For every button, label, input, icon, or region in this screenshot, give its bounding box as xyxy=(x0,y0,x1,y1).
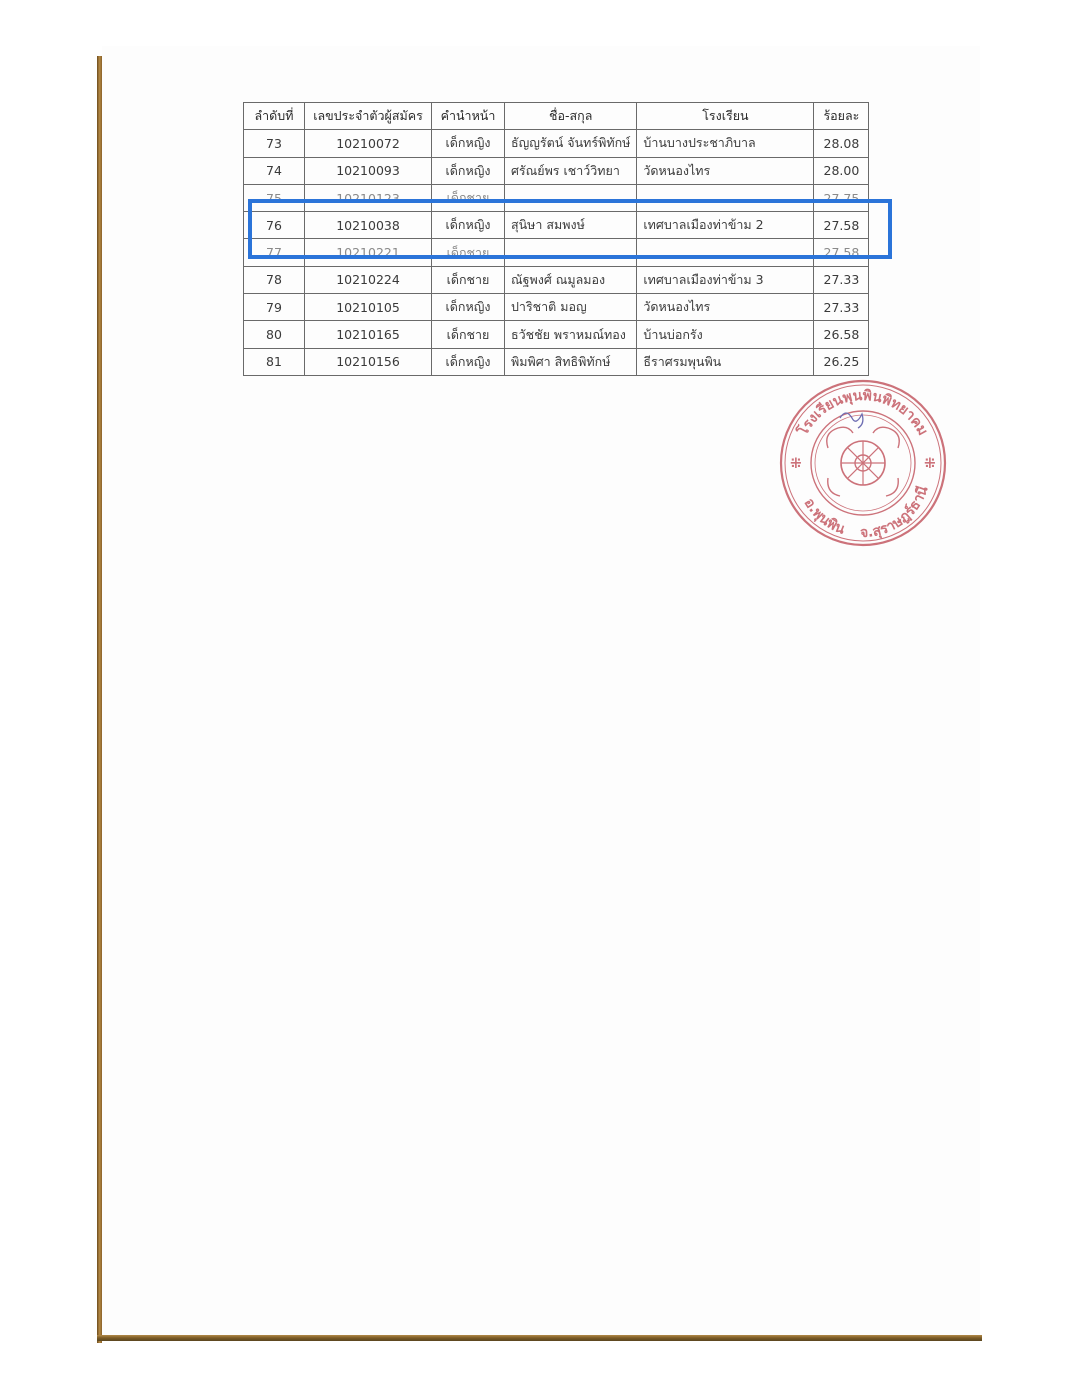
table-row: 80 10210165 เด็กชาย ธวัชชัย พราหมณ์ทอง บ… xyxy=(244,321,869,348)
seal-ornament-left: ⁜ xyxy=(790,456,802,472)
cell-prefix: เด็กชาย xyxy=(432,321,505,348)
cell-name: ธวัชชัย พราหมณ์ทอง xyxy=(505,321,637,348)
cell-applicant-id: 10210123 xyxy=(305,184,432,211)
cell-school: บ้านบ่อกรัง xyxy=(637,321,814,348)
cell-order: 75 xyxy=(244,184,305,211)
cell-order: 81 xyxy=(244,348,305,375)
results-table: ลำดับที่ เลขประจำตัวผู้สมัคร คำนำหน้า ชื… xyxy=(243,102,869,376)
table-row: 78 10210224 เด็กชาย ณัฐพงศ์ ณมูลมอง เทศบ… xyxy=(244,266,869,293)
table-header-row: ลำดับที่ เลขประจำตัวผู้สมัคร คำนำหน้า ชื… xyxy=(244,103,869,130)
cell-order: 77 xyxy=(244,239,305,266)
cell-order: 80 xyxy=(244,321,305,348)
cell-prefix: เด็กหญิง xyxy=(432,130,505,157)
cell-applicant-id: 10210093 xyxy=(305,157,432,184)
cell-percent: 27.75 xyxy=(814,184,869,211)
cell-prefix: เด็กหญิง xyxy=(432,212,505,239)
cell-order: 79 xyxy=(244,294,305,321)
seal-ornament-right: ⁜ xyxy=(924,456,936,472)
seal-bottom-text-province: จ.สุราษฎร์ธานี xyxy=(860,484,932,541)
cell-school: บ้านบางประชาภิบาล xyxy=(637,130,814,157)
header-percent: ร้อยละ xyxy=(814,103,869,130)
header-prefix: คำนำหน้า xyxy=(432,103,505,130)
cell-percent: 26.58 xyxy=(814,321,869,348)
table-row-highlighted: 76 10210038 เด็กหญิง สุนิษา สมพงษ์ เทศบา… xyxy=(244,212,869,239)
cell-percent: 27.33 xyxy=(814,266,869,293)
cell-name: พิมพิศา สิทธิพิทักษ์ xyxy=(505,348,637,375)
cell-prefix: เด็กหญิง xyxy=(432,294,505,321)
cell-percent: 26.25 xyxy=(814,348,869,375)
cell-school: เทศบาลเมืองท่าข้าม 3 xyxy=(637,266,814,293)
header-order: ลำดับที่ xyxy=(244,103,305,130)
table-row: 75 10210123 เด็กชาย 27.75 xyxy=(244,184,869,211)
cell-percent: 27.58 xyxy=(814,239,869,266)
cell-name xyxy=(505,239,637,266)
table-row: 79 10210105 เด็กหญิง ปาริชาติ มอญ วัดหนอ… xyxy=(244,294,869,321)
cell-name: ศรัณย์พร เชาว์วิทยา xyxy=(505,157,637,184)
cell-applicant-id: 10210038 xyxy=(305,212,432,239)
table-row: 73 10210072 เด็กหญิง ธัญญรัตน์ จันทร์พิท… xyxy=(244,130,869,157)
cell-school: วัดหนองไทร xyxy=(637,294,814,321)
cell-applicant-id: 10210224 xyxy=(305,266,432,293)
table-row: 77 10210221 เด็กชาย 27.58 xyxy=(244,239,869,266)
cell-prefix: เด็กชาย xyxy=(432,184,505,211)
cell-applicant-id: 10210156 xyxy=(305,348,432,375)
header-name: ชื่อ-สกุล xyxy=(505,103,637,130)
cell-name: ธัญญรัตน์ จันทร์พิทักษ์ xyxy=(505,130,637,157)
cell-percent: 28.08 xyxy=(814,130,869,157)
header-applicant-id: เลขประจำตัวผู้สมัคร xyxy=(305,103,432,130)
cell-applicant-id: 10210165 xyxy=(305,321,432,348)
cell-applicant-id: 10210221 xyxy=(305,239,432,266)
cell-school: ธีราศรมพุนพิน xyxy=(637,348,814,375)
cell-order: 74 xyxy=(244,157,305,184)
wood-frame-bottom xyxy=(97,1335,982,1341)
table-row: 74 10210093 เด็กหญิง ศรัณย์พร เชาว์วิทยา… xyxy=(244,157,869,184)
cell-order: 73 xyxy=(244,130,305,157)
cell-percent: 27.33 xyxy=(814,294,869,321)
cell-prefix: เด็กหญิง xyxy=(432,348,505,375)
cell-name: สุนิษา สมพงษ์ xyxy=(505,212,637,239)
cell-order: 76 xyxy=(244,212,305,239)
cell-name xyxy=(505,184,637,211)
cell-school xyxy=(637,239,814,266)
cell-percent: 27.58 xyxy=(814,212,869,239)
cell-order: 78 xyxy=(244,266,305,293)
school-seal-stamp: โรงเรียนพุนพินพิทยาคม อ.พุนพิน จ.สุราษฎร… xyxy=(778,378,948,548)
cell-applicant-id: 10210072 xyxy=(305,130,432,157)
table-row: 81 10210156 เด็กหญิง พิมพิศา สิทธิพิทักษ… xyxy=(244,348,869,375)
header-school: โรงเรียน xyxy=(637,103,814,130)
cell-prefix: เด็กชาย xyxy=(432,266,505,293)
cell-prefix: เด็กหญิง xyxy=(432,157,505,184)
seal-bottom-text: อ.พุนพิน xyxy=(801,496,848,538)
cell-school: วัดหนองไทร xyxy=(637,157,814,184)
cell-school xyxy=(637,184,814,211)
cell-percent: 28.00 xyxy=(814,157,869,184)
cell-name: ณัฐพงศ์ ณมูลมอง xyxy=(505,266,637,293)
cell-prefix: เด็กชาย xyxy=(432,239,505,266)
cell-applicant-id: 10210105 xyxy=(305,294,432,321)
cell-name: ปาริชาติ มอญ xyxy=(505,294,637,321)
cell-school: เทศบาลเมืองท่าข้าม 2 xyxy=(637,212,814,239)
